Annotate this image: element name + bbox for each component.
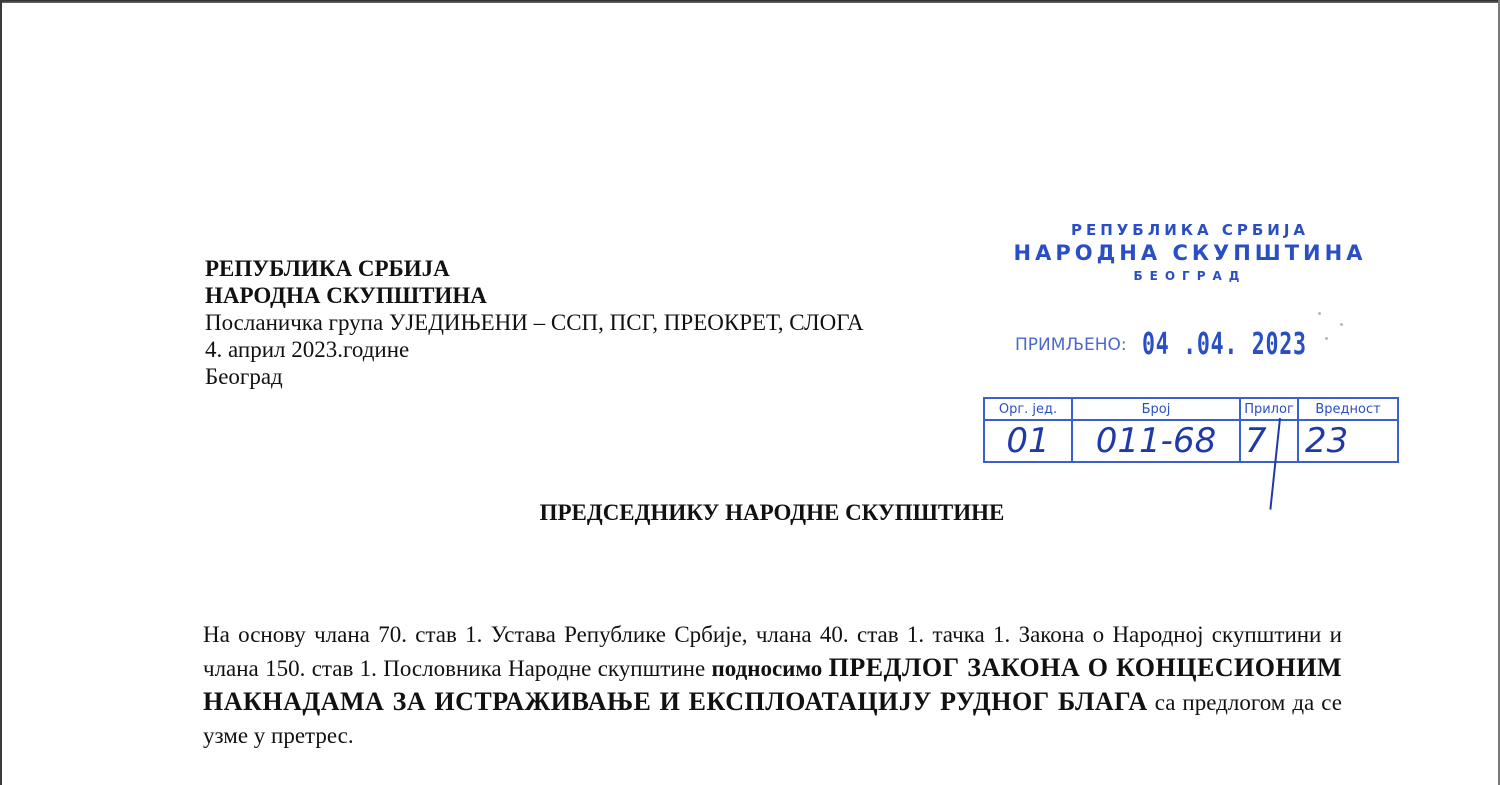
scan-edge-left bbox=[0, 0, 2, 785]
body-verb: подносимо bbox=[712, 656, 823, 681]
letterhead-group: Посланичка група УЈЕДИЊЕНИ – ССП, ПСГ, П… bbox=[205, 309, 864, 336]
registry-value-row: 01 011-68 7 23 bbox=[984, 420, 1398, 462]
letterhead: РЕПУБЛИКА СРБИЈА НАРОДНА СКУПШТИНА Посла… bbox=[205, 255, 864, 390]
scan-edge-top bbox=[0, 0, 1500, 3]
scan-speckle bbox=[1340, 323, 1343, 326]
registry-org-unit: 01 bbox=[984, 420, 1072, 462]
letterhead-country: РЕПУБЛИКА СРБИЈА bbox=[205, 255, 864, 282]
addressee-heading: ПРЕДСЕДНИКУ НАРОДНЕ СКУПШТИНЕ bbox=[0, 500, 1500, 526]
stamp-city: БЕОГРАД bbox=[990, 266, 1390, 286]
stamp-received-label: ПРИМЉЕНО: bbox=[1015, 335, 1127, 355]
stamp-received-date: 04 .04. 2023 bbox=[1142, 327, 1307, 362]
letterhead-date: 4. април 2023.године bbox=[205, 336, 864, 363]
stamp-country: РЕПУБЛИКА СРБИЈА bbox=[990, 220, 1390, 240]
registry-header-attachment: Прилог bbox=[1240, 398, 1298, 420]
letterhead-city: Београд bbox=[205, 363, 864, 390]
letterhead-institution: НАРОДНА СКУПШТИНА bbox=[205, 282, 864, 309]
reception-stamp-header: РЕПУБЛИКА СРБИЈА НАРОДНА СКУПШТИНА БЕОГР… bbox=[990, 220, 1390, 286]
registry-year: 23 bbox=[1298, 420, 1398, 462]
scan-speckle bbox=[1318, 312, 1321, 315]
registry-header-org-unit: Орг. јед. bbox=[984, 398, 1072, 420]
registry-attachment: 7 bbox=[1240, 420, 1298, 462]
body-paragraph: На основу члана 70. став 1. Устава Репуб… bbox=[203, 618, 1342, 752]
registry-header-value: Вредност bbox=[1298, 398, 1398, 420]
registry-number: 011-68 bbox=[1072, 420, 1240, 462]
scan-speckle bbox=[1325, 337, 1328, 340]
registry-stamp-table: Орг. јед. Број Прилог Вредност 01 011-68… bbox=[983, 397, 1399, 463]
registry-header-number: Број bbox=[1072, 398, 1240, 420]
stamp-received: ПРИМЉЕНО: 04 .04. 2023 bbox=[1015, 327, 1371, 362]
stamp-institution: НАРОДНА СКУПШТИНА bbox=[990, 240, 1390, 266]
registry-header-row: Орг. јед. Број Прилог Вредност bbox=[984, 398, 1398, 420]
